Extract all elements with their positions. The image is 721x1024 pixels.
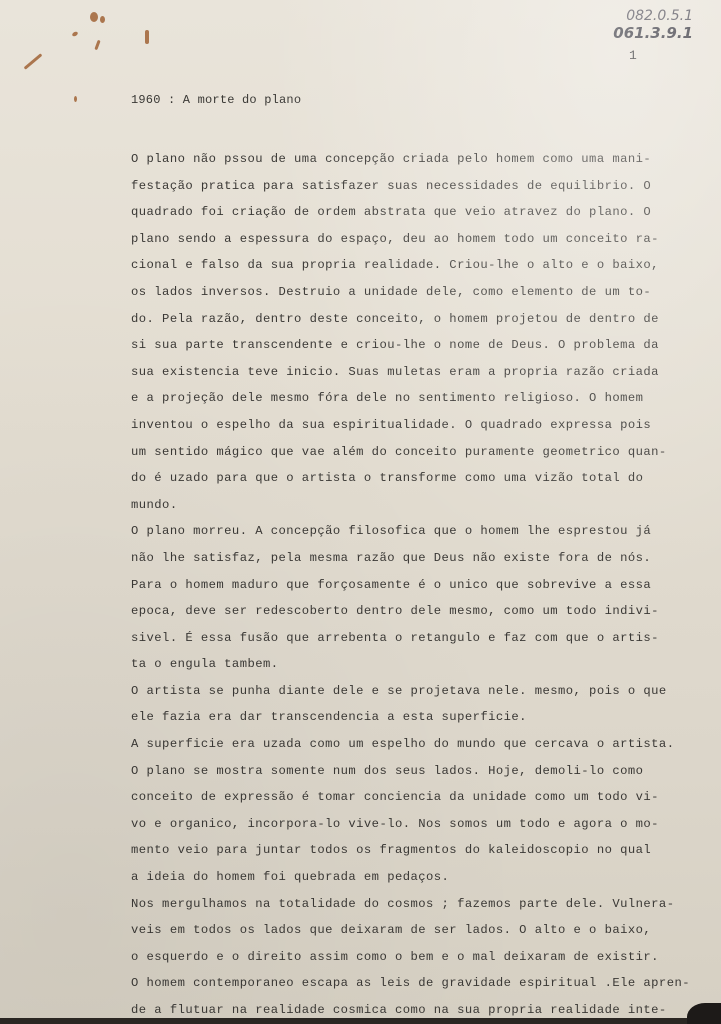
- text-line: vo e organico, incorpora-lo vive-lo. Nos…: [131, 811, 691, 838]
- text-line: não lhe satisfaz, pela mesma razão que D…: [131, 545, 691, 572]
- document-title: 1960 : A morte do plano: [131, 93, 301, 107]
- scan-background: [0, 1018, 721, 1024]
- text-line: um sentido mágico que vae além do concei…: [131, 439, 691, 466]
- text-line: mento veio para juntar todos os fragment…: [131, 837, 691, 864]
- text-line: conceito de expressão é tomar conciencia…: [131, 784, 691, 811]
- text-line: cional e falso da sua propria realidade.…: [131, 252, 691, 279]
- text-line: de a flutuar na realidade cosmica como n…: [131, 997, 691, 1018]
- text-line: e a projeção dele mesmo fóra dele no sen…: [131, 385, 691, 412]
- text-line: mundo.: [131, 492, 691, 519]
- text-line: sivel. É essa fusão que arrebenta o reta…: [131, 625, 691, 652]
- rust-stain: [74, 96, 77, 102]
- text-line: O plano não pssou de uma concepção criad…: [131, 146, 691, 173]
- typed-page: 082.0.5.1 061.3.9.1 1 1960 : A morte do …: [0, 0, 721, 1018]
- text-line: O homem contemporaneo escapa as leis de …: [131, 970, 691, 997]
- rust-stain: [71, 31, 78, 37]
- rust-stain: [94, 40, 100, 50]
- text-line: sua existencia teve inicio. Suas muletas…: [131, 359, 691, 386]
- archive-ref-2: 061.3.9.1: [613, 25, 693, 42]
- text-line: do. Pela razão, dentro deste conceito, o…: [131, 306, 691, 333]
- text-line: os lados inversos. Destruio a unidade de…: [131, 279, 691, 306]
- text-line: quadrado foi criação de ordem abstrata q…: [131, 199, 691, 226]
- text-line: veis em todos os lados que deixaram de s…: [131, 917, 691, 944]
- archive-ref-1: 082.0.5.1: [613, 8, 693, 25]
- text-line: A superficie era uzada como um espelho d…: [131, 731, 691, 758]
- text-line: ele fazia era dar transcendencia a esta …: [131, 704, 691, 731]
- text-line: epoca, deve ser redescoberto dentro dele…: [131, 598, 691, 625]
- text-line: O plano morreu. A concepção filosofica q…: [131, 518, 691, 545]
- body-text: O plano não pssou de uma concepção criad…: [131, 146, 691, 1018]
- archive-reference: 082.0.5.1 061.3.9.1: [613, 8, 693, 42]
- text-line: si sua parte transcendente e criou-lhe o…: [131, 332, 691, 359]
- text-line: a ideia do homem foi quebrada em pedaços…: [131, 864, 691, 891]
- text-line: Nos mergulhamos na totalidade do cosmos …: [131, 891, 691, 918]
- rust-stain: [145, 30, 149, 44]
- text-line: Para o homem maduro que forçosamente é o…: [131, 572, 691, 599]
- text-line: O artista se punha diante dele e se proj…: [131, 678, 691, 705]
- text-line: plano sendo a espessura do espaço, deu a…: [131, 226, 691, 253]
- text-line: O plano se mostra somente num dos seus l…: [131, 758, 691, 785]
- page-number: 1: [629, 48, 637, 63]
- rust-stain: [100, 16, 105, 23]
- text-line: inventou o espelho da sua espiritualidad…: [131, 412, 691, 439]
- text-line: ta o engula tambem.: [131, 651, 691, 678]
- text-line: o esquerdo e o direito assim como o bem …: [131, 944, 691, 971]
- rust-stain: [90, 12, 98, 22]
- text-line: festação pratica para satisfazer suas ne…: [131, 173, 691, 200]
- text-line: do é uzado para que o artista o transfor…: [131, 465, 691, 492]
- dark-corner-blot: [687, 1003, 721, 1024]
- rust-stain: [24, 53, 43, 69]
